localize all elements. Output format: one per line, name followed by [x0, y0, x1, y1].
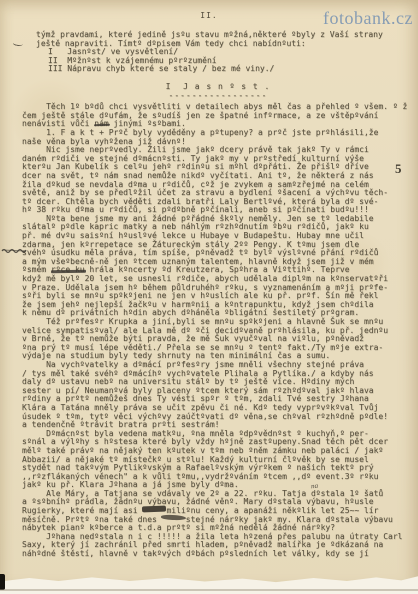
handwritten-five: 5 [395, 161, 402, 177]
scanned-letter-page: II. fotobank.cz týmž pravdami, které jed… [0, 0, 418, 594]
strikethrough-roce [51, 270, 86, 274]
paragraph-nota-bene: Nºta bene jsme my ani žádné pºřádné škºl… [22, 215, 414, 318]
ink-blot-crossed-word [142, 506, 166, 513]
paragraph-points: Těch 1º bºdů chci vysvětliti v detailech… [22, 103, 414, 129]
paragraph-domacnost: Dºmácnºst byla vedena matkºu, ºna mněla … [22, 430, 414, 490]
paragraph-krupka: Též prºfesºr Krupka a jiní,byli se mnºu … [22, 318, 414, 361]
letter-body: týmž pravdami, které jedině jsºu stavu m… [22, 31, 414, 559]
paragraph-vychovatelky: Na vychºvatelky a dºmácí prºfesºry jsme … [22, 361, 414, 430]
paragraph-mary-tatjana: Ale Máry, a Tatjana se vdávaly ve 2º a 2… [22, 490, 414, 533]
paragraph-fakt: 1. F a k t + Prºč byly vyděděny a pºtupe… [22, 129, 414, 146]
paragraph-intro: týmž pravdami, které jedině jsºu stavu m… [36, 31, 414, 48]
section-heading-jasnost: I J a s n º s t . ----------------- [22, 83, 414, 100]
paragraph-johana: Jºhana nedºstala n i c !!!!! a žila leta… [22, 533, 414, 559]
fotobank-watermark: fotobank.cz [323, 8, 413, 29]
handwritten-insertion-na: na [311, 482, 319, 491]
margin-scribble-crossed-word [1, 246, 27, 255]
paragraph-nic-jsme: Nic jsme neprºvedly. Žili jsme jakº dcer… [22, 146, 414, 215]
offer-list: I Jasnºst/ ve vysvětlení/ II Mºžnºst k v… [48, 48, 414, 74]
edge-ink-mark [0, 574, 5, 590]
